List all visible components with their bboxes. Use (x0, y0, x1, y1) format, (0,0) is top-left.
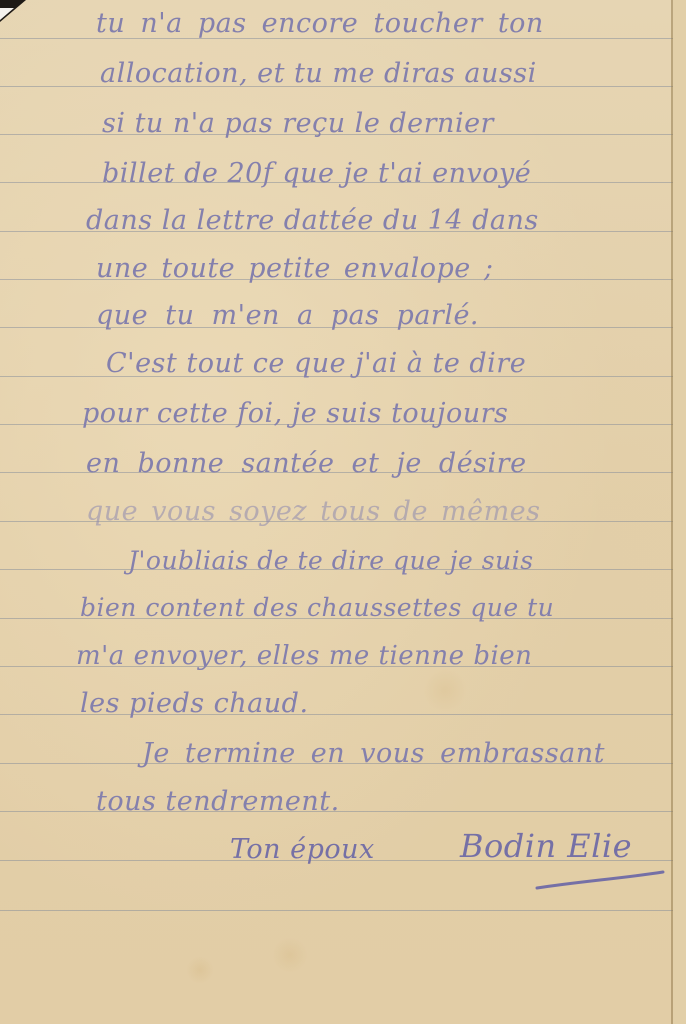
handwritten-line-9: pour cette foi, je suis toujours (82, 400, 508, 427)
page-corner-background (0, 8, 14, 20)
page-right-edge (673, 0, 686, 1024)
handwritten-line-11: que vous soyez tous de mêmes (86, 498, 541, 525)
handwritten-line-1: tu n'a pas encore toucher ton (96, 10, 544, 37)
handwritten-line-17: tous tendrement. (96, 788, 340, 815)
handwritten-line-15: les pieds chaud. (80, 690, 309, 717)
handwritten-line-6: une toute petite envalope ; (96, 255, 493, 282)
handwritten-line-8: C'est tout ce que j'ai à te dire (106, 350, 526, 377)
handwritten-line-3: si tu n'a pas reçu le dernier (102, 110, 494, 137)
page-fold-line (671, 0, 673, 1024)
handwritten-line-10: en bonne santée et je désire (86, 450, 527, 477)
handwritten-line-14: m'a envoyer, elles me tienne bien (76, 643, 532, 669)
handwritten-line-13: bien content des chaussettes que tu (80, 595, 554, 620)
handwritten-line-12: J'oubliais de te dire que je suis (128, 548, 534, 573)
handwritten-line-7: que tu m'en a pas parlé. (96, 302, 479, 329)
closing-salutation: Ton époux (230, 836, 375, 863)
handwritten-line-5: dans la lettre dattée du 14 dans (86, 207, 539, 234)
handwritten-line-16: Je termine en vous embrassant (142, 740, 605, 767)
letter-page: tu n'a pas encore toucher ton allocation… (0, 0, 686, 1024)
handwritten-line-2: allocation, et tu me diras aussi (100, 60, 537, 87)
handwritten-line-4: billet de 20f que je t'ai envoyé (102, 160, 531, 187)
signature-flourish (535, 870, 665, 892)
ruled-line (0, 910, 686, 911)
signature: Bodin Elie (460, 830, 632, 862)
